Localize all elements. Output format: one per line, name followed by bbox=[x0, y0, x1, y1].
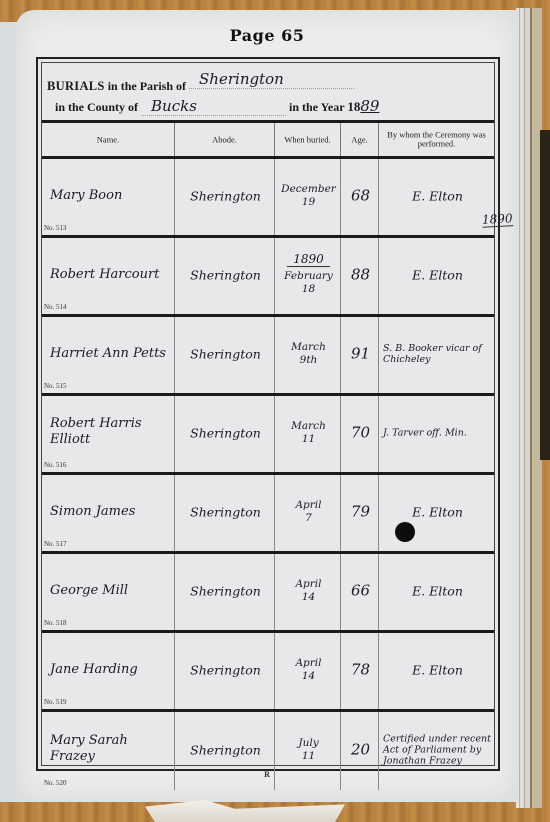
officiant-cell: J. Tarver off. Min. bbox=[379, 396, 494, 472]
age-cell: 78 bbox=[341, 633, 379, 709]
when-buried-cell: 1890February18 bbox=[275, 238, 341, 314]
burials-label: BURIALS bbox=[47, 79, 105, 93]
parish-value: Sherington bbox=[189, 70, 354, 89]
table-row: Simon James No. 517 Sherington April7 79… bbox=[42, 475, 494, 554]
burial-date: March9th bbox=[279, 341, 338, 366]
name-cell: Jane Harding No. 519 bbox=[42, 633, 175, 709]
abode-value: Sherington bbox=[179, 583, 272, 599]
abode-value: Sherington bbox=[179, 662, 272, 678]
officiant-value: Certified under recent Act of Parliament… bbox=[383, 735, 492, 768]
entry-number: No. 517 bbox=[44, 540, 67, 548]
age-value: 70 bbox=[345, 424, 376, 443]
column-header-abode: Abode. bbox=[175, 123, 275, 156]
deceased-name: Mary Boon bbox=[50, 188, 172, 204]
name-cell: Simon James No. 517 bbox=[42, 475, 175, 551]
burial-date: April14 bbox=[279, 657, 338, 682]
entry-number: No. 518 bbox=[44, 619, 67, 627]
age-value: 88 bbox=[345, 266, 376, 285]
abode-value: Sherington bbox=[179, 504, 272, 520]
table-row: Mary Boon No. 513 Sherington December19 … bbox=[42, 159, 494, 238]
age-cell: 91 bbox=[341, 317, 379, 393]
officiant-value: J. Tarver off. Min. bbox=[383, 429, 492, 440]
abode-cell: Sherington bbox=[175, 554, 275, 630]
officiant-cell: S. B. Booker vicar of Chicheley bbox=[379, 317, 494, 393]
age-value: 79 bbox=[345, 503, 376, 522]
when-buried-cell: March9th bbox=[275, 317, 341, 393]
abode-value: Sherington bbox=[179, 425, 272, 441]
in-parish-label: in the Parish of bbox=[108, 79, 186, 93]
deceased-name: Robert Harcourt bbox=[50, 267, 172, 283]
margin-year-note: 1890 bbox=[482, 211, 513, 228]
deceased-name: Harriet Ann Petts bbox=[50, 346, 172, 362]
age-cell: 79 bbox=[341, 475, 379, 551]
entry-number: No. 520 bbox=[44, 779, 67, 787]
column-header-by-whom: By whom the Ceremony was performed. bbox=[379, 123, 494, 156]
deceased-name: Robert Harris Elliott bbox=[50, 416, 172, 449]
entry-number: No. 514 bbox=[44, 303, 67, 311]
age-cell: 88 bbox=[341, 238, 379, 314]
book-cover-shadow bbox=[540, 130, 550, 460]
officiant-value: E. Elton bbox=[383, 583, 492, 599]
when-buried-cell: April14 bbox=[275, 554, 341, 630]
officiant-cell: E. Elton bbox=[379, 475, 494, 551]
deceased-name: Simon James bbox=[50, 504, 172, 520]
book-page-edges bbox=[516, 8, 542, 808]
printer-signature-mark: R bbox=[16, 770, 518, 779]
register-page: Page 65 BURIALS in the Parish of Shering… bbox=[16, 10, 518, 802]
when-buried-cell: December19 bbox=[275, 159, 341, 235]
officiant-value: E. Elton bbox=[383, 267, 492, 283]
page-number: Page 65 bbox=[16, 26, 518, 45]
table-row: Harriet Ann Petts No. 515 Sherington Mar… bbox=[42, 317, 494, 396]
abode-cell: Sherington bbox=[175, 238, 275, 314]
age-value: 68 bbox=[345, 187, 376, 206]
officiant-value: S. B. Booker vicar of Chicheley bbox=[383, 344, 492, 366]
year-handwritten: 89 bbox=[360, 97, 379, 115]
year-annotation: 1890 bbox=[287, 252, 330, 267]
burial-date: December19 bbox=[279, 183, 338, 208]
officiant-value: E. Elton bbox=[383, 504, 492, 520]
name-cell: Mary Boon No. 513 bbox=[42, 159, 175, 235]
burial-date: March11 bbox=[279, 420, 338, 445]
abode-cell: Sherington bbox=[175, 396, 275, 472]
deceased-name: George Mill bbox=[50, 583, 172, 599]
burial-date: April7 bbox=[279, 499, 338, 524]
abode-value: Sherington bbox=[179, 742, 272, 758]
officiant-cell: E. Elton bbox=[379, 554, 494, 630]
abode-value: Sherington bbox=[179, 346, 272, 362]
name-cell: Robert Harcourt No. 514 bbox=[42, 238, 175, 314]
parish-line: BURIALS in the Parish of Sherington bbox=[47, 76, 354, 95]
in-county-label: in the County of bbox=[55, 100, 138, 114]
table-row: Robert Harcourt No. 514 Sherington 1890F… bbox=[42, 238, 494, 317]
abode-value: Sherington bbox=[179, 188, 272, 204]
burial-register-table: BURIALS in the Parish of Sherington in t… bbox=[36, 57, 500, 771]
table-row: Robert Harris Elliott No. 516 Sherington… bbox=[42, 396, 494, 475]
officiant-cell: E. Elton bbox=[379, 633, 494, 709]
register-inner-border: BURIALS in the Parish of Sherington in t… bbox=[41, 62, 495, 766]
entry-number: No. 516 bbox=[44, 461, 67, 469]
name-cell: George Mill No. 518 bbox=[42, 554, 175, 630]
column-header-name: Name. bbox=[42, 123, 175, 156]
deceased-name: Mary Sarah Frazey bbox=[50, 733, 172, 766]
abode-cell: Sherington bbox=[175, 475, 275, 551]
name-cell: Harriet Ann Petts No. 515 bbox=[42, 317, 175, 393]
table-row: Jane Harding No. 519 Sherington April14 … bbox=[42, 633, 494, 712]
year-printed: 18 bbox=[347, 99, 360, 114]
age-value: 20 bbox=[345, 741, 376, 760]
abode-cell: Sherington bbox=[175, 317, 275, 393]
ink-blot bbox=[395, 522, 415, 542]
entry-number: No. 513 bbox=[44, 224, 67, 232]
officiant-cell: E. Elton bbox=[379, 159, 494, 235]
year-label: in the Year bbox=[289, 100, 344, 114]
when-buried-cell: April14 bbox=[275, 633, 341, 709]
table-row: George Mill No. 518 Sherington April14 6… bbox=[42, 554, 494, 633]
entry-rows: Mary Boon No. 513 Sherington December19 … bbox=[42, 159, 494, 765]
age-value: 66 bbox=[345, 582, 376, 601]
officiant-value: E. Elton bbox=[383, 188, 492, 204]
officiant-value: E. Elton bbox=[383, 662, 492, 678]
age-cell: 70 bbox=[341, 396, 379, 472]
burial-date: July11 bbox=[279, 737, 338, 762]
deceased-name: Jane Harding bbox=[50, 662, 172, 678]
age-cell: 68 bbox=[341, 159, 379, 235]
when-buried-cell: April7 bbox=[275, 475, 341, 551]
column-headers: Name. Abode. When buried. Age. By whom t… bbox=[42, 123, 494, 159]
county-value: Bucks bbox=[141, 97, 286, 116]
county-line: in the County of Bucks in the Year 1889 bbox=[55, 97, 379, 116]
officiant-cell: E. Elton bbox=[379, 238, 494, 314]
burial-date: April14 bbox=[279, 578, 338, 603]
age-value: 91 bbox=[345, 345, 376, 364]
burial-date: 1890February18 bbox=[279, 252, 338, 296]
when-buried-cell: March11 bbox=[275, 396, 341, 472]
column-header-when-buried: When buried. bbox=[275, 123, 341, 156]
register-heading: BURIALS in the Parish of Sherington in t… bbox=[42, 63, 494, 123]
entry-number: No. 515 bbox=[44, 382, 67, 390]
entry-number: No. 519 bbox=[44, 698, 67, 706]
abode-cell: Sherington bbox=[175, 633, 275, 709]
age-cell: 66 bbox=[341, 554, 379, 630]
age-value: 78 bbox=[345, 661, 376, 680]
name-cell: Robert Harris Elliott No. 516 bbox=[42, 396, 175, 472]
abode-value: Sherington bbox=[179, 267, 272, 283]
column-header-age: Age. bbox=[341, 123, 379, 156]
abode-cell: Sherington bbox=[175, 159, 275, 235]
